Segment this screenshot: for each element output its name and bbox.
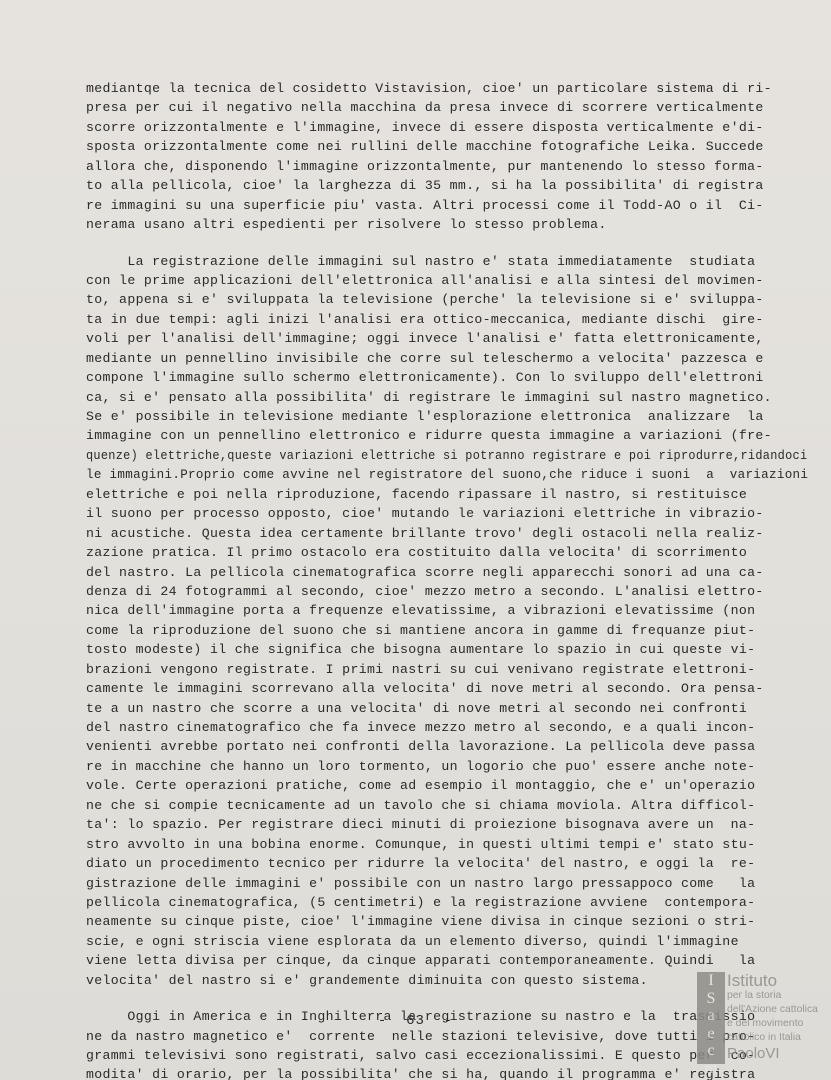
text-line: mediante un pennellino invisibile che co… — [86, 349, 806, 368]
isacem-watermark: ISaecm Istituto per la storia dell'Azion… — [697, 972, 831, 1072]
watermark-logo-letters: ISaecm — [697, 972, 725, 1064]
text-line: pellicola cinematografica, (5 centimetri… — [86, 893, 806, 912]
paragraph-gap — [86, 235, 806, 252]
text-line: vole. Certe operazioni pratiche, come ad… — [86, 776, 806, 795]
text-line: allora che, disponendo l'immagine orizzo… — [86, 157, 806, 176]
text-line: Se e' possibile in televisione mediante … — [86, 407, 806, 426]
text-line: re immagini su una superficie piu' vasta… — [86, 196, 806, 215]
scanned-page: mediantqe la tecnica del cosidetto Vista… — [0, 0, 831, 1080]
text-line: ni acustiche. Questa idea certamente bri… — [86, 524, 806, 543]
text-line: diato un procedimento tecnico per ridurr… — [86, 854, 806, 873]
text-line: re in macchine che hanno un loro torment… — [86, 757, 806, 776]
text-line: del nastro. La pellicola cinematografica… — [86, 563, 806, 582]
text-line: scie, e ogni striscia viene esplorata da… — [86, 932, 806, 951]
text-line: denza di 24 fotogrammi al secondo, cioe'… — [86, 582, 806, 601]
text-line: voli per l'analisi dell'immagine; oggi i… — [86, 329, 806, 348]
text-line: camente le immagini scorrevano alla velo… — [86, 679, 806, 698]
text-line: scorre orizzontalmente e l'immagine, inv… — [86, 118, 806, 137]
text-line: gistrazione delle immagini e' possibile … — [86, 874, 806, 893]
text-line: il suono per processo opposto, cioe' mut… — [86, 504, 806, 523]
body-text: mediantqe la tecnica del cosidetto Vista… — [86, 79, 806, 1080]
text-line: ta': lo spazio. Per registrare dieci min… — [86, 815, 806, 834]
text-line: nerama usano altri espedienti per risolv… — [86, 215, 806, 234]
text-line: le immagini.Proprio come avvine nel regi… — [86, 465, 770, 484]
watermark-letter: a — [707, 1007, 714, 1025]
text-line: quenze) elettriche,queste variazioni ele… — [86, 446, 734, 465]
text-line: ne che si compie tecnicamente ad un tavo… — [86, 796, 806, 815]
text-line: La registrazione delle immagini sul nast… — [86, 252, 806, 271]
text-line: te a un nastro che scorre a una velocita… — [86, 699, 806, 718]
watermark-letter: m — [705, 1060, 717, 1078]
text-line: compone l'immagine sullo schermo elettro… — [86, 368, 806, 387]
text-line: nica dell'immagine porta a frequenze ele… — [86, 601, 806, 620]
text-line: viene letta divisa per cinque, da cinque… — [86, 951, 806, 970]
watermark-title: Istituto — [727, 972, 818, 989]
watermark-line: dell'Azione cattolica — [727, 1003, 818, 1017]
watermark-caption: Istituto per la storia dell'Azione catto… — [727, 972, 818, 1062]
text-line: to, appena si e' sviluppata la televisio… — [86, 290, 806, 309]
watermark-line: cattolico in Italia — [727, 1031, 818, 1045]
text-line: presa per cui il negativo nella macchina… — [86, 98, 806, 117]
watermark-letter: I — [708, 972, 713, 990]
text-line: come la riproduzione del suono che si ma… — [86, 621, 806, 640]
text-line: to alla pellicola, cioe' la larghezza di… — [86, 176, 806, 195]
text-line: ta in due tempi: agli inizi l'analisi er… — [86, 310, 806, 329]
text-line: zazione pratica. Il primo ostacolo era c… — [86, 543, 806, 562]
watermark-line: per la storia — [727, 989, 818, 1003]
text-line: elettriche e poi nella riproduzione, fac… — [86, 485, 806, 504]
text-line: ca, si e' pensato alla possibilita' di r… — [86, 388, 806, 407]
watermark-letter: e — [707, 1025, 714, 1043]
text-line: mediantqe la tecnica del cosidetto Vista… — [86, 79, 806, 98]
text-line: sposta orizzontalmente come nei rullini … — [86, 137, 806, 156]
watermark-letter: S — [707, 990, 716, 1008]
text-line: del nastro cinematografico che fa invece… — [86, 718, 806, 737]
watermark-line: e del movimento — [727, 1017, 818, 1031]
text-line: immagine con un pennellino elettronico e… — [86, 426, 806, 445]
text-line: neamente su cinque piste, cioe' l'immagi… — [86, 912, 806, 931]
text-line: con le prime applicazioni dell'elettroni… — [86, 271, 806, 290]
text-line: brazioni vengono registrate. I primi nas… — [86, 660, 806, 679]
text-line: venienti avrebbe portato nei confronti d… — [86, 737, 806, 756]
watermark-brand: PaoloVI — [727, 1045, 818, 1062]
watermark-letter: c — [707, 1042, 714, 1060]
paragraph: La registrazione delle immagini sul nast… — [86, 252, 806, 991]
text-line: stro avvolto in una bobina enorme. Comun… — [86, 835, 806, 854]
text-line: tosto modeste) il che significa che biso… — [86, 640, 806, 659]
paragraph: mediantqe la tecnica del cosidetto Vista… — [86, 79, 806, 235]
